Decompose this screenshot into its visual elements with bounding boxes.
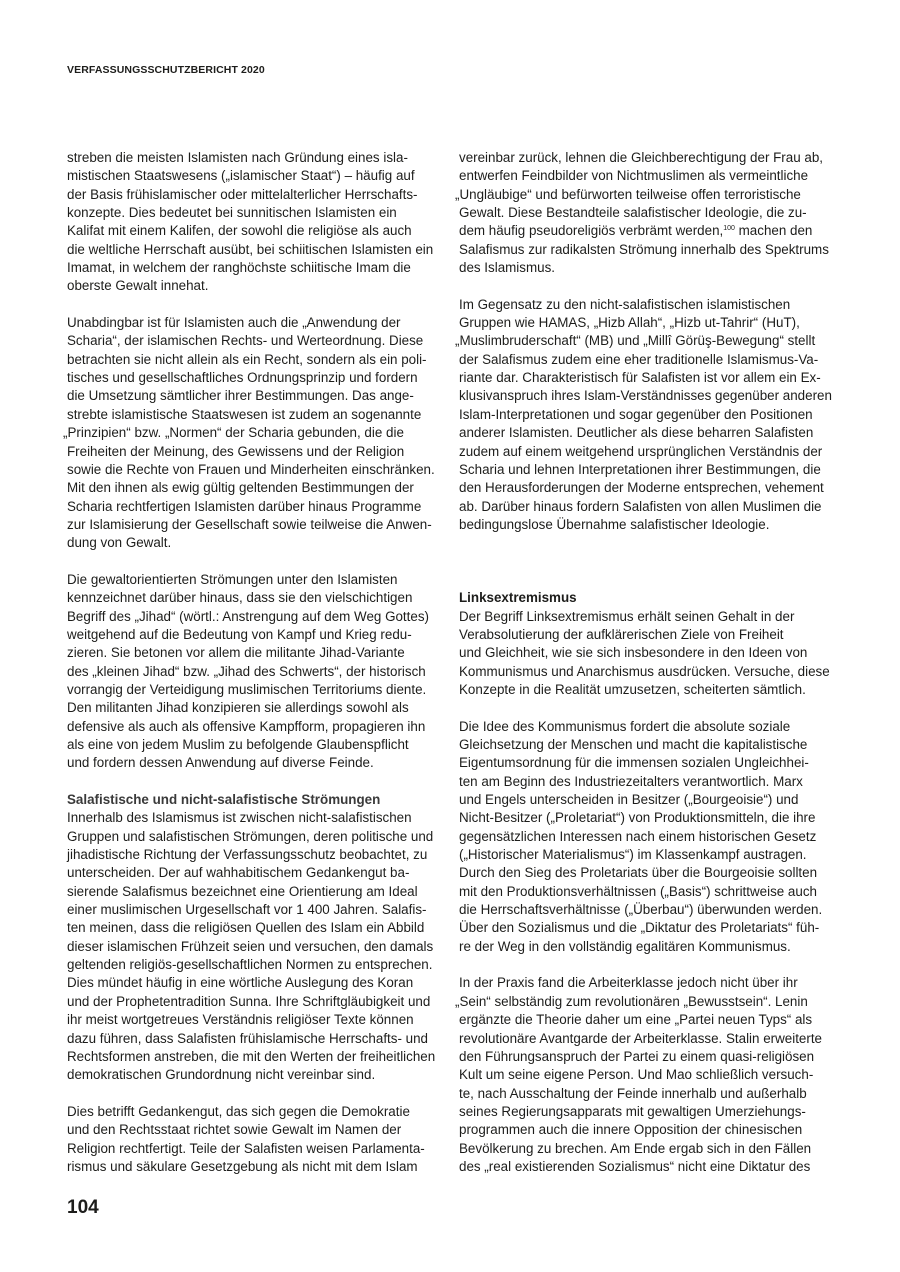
text-line: Im Gegensatz zu den nicht-salafistischen…	[459, 296, 839, 314]
text-line: Unabdingbar ist für Islamisten auch die …	[67, 314, 447, 332]
text-line: des „kleinen Jihad“ bzw. „Jihad des Schw…	[67, 663, 447, 681]
text-line: „Sein“ selbständig zum revolutionären „B…	[455, 993, 839, 1011]
text-line: zudem auf einem weitgehend ursprüngliche…	[459, 443, 839, 461]
text-line: tisches und gesellschaftliches Ordnungsp…	[67, 369, 447, 387]
text-line: die weltliche Herrschaft ausübt, bei sch…	[67, 241, 447, 259]
text-line: Durch den Sieg des Proletariats über die…	[459, 864, 839, 882]
text-line: Gruppen und salafistischen Strömungen, d…	[67, 828, 447, 846]
text-line: Kalifat mit einem Kalifen, der sowohl di…	[67, 222, 447, 240]
text-line: „Muslimbruderschaft“ (MB) und „Millî Gör…	[455, 332, 839, 350]
text-line: Innerhalb des Islamismus ist zwischen ni…	[67, 809, 447, 827]
text-line: ten am Beginn des Industriezeitalters ve…	[459, 773, 839, 791]
text-line: Den militanten Jihad konzipieren sie all…	[67, 699, 447, 717]
text-line: den Führungsanspruch der Partei zu einem…	[459, 1048, 839, 1066]
text-line: entwerfen Feindbilder von Nichtmuslimen …	[459, 167, 839, 185]
paragraph-salafism: Innerhalb des Islamismus ist zwischen ni…	[67, 809, 447, 1084]
text-line: seines Regierungsapparats mit gewaltigen…	[459, 1103, 839, 1121]
text-line: sowie die Rechte von Frauen und Minderhe…	[67, 461, 447, 479]
text-line: Salafismus zur radikalsten Strömung inne…	[459, 241, 839, 259]
text-line: geltenden religiös-gesellschaftlichen No…	[67, 956, 447, 974]
text-line: ihr meist wortgetreues Verständnis relig…	[67, 1011, 447, 1029]
paragraph-left-extremism-definition: Der Begriff Linksextremismus erhält sein…	[459, 608, 839, 700]
text-line: streben die meisten Islamisten nach Grün…	[67, 149, 447, 167]
text-line: und fordern dessen Anwendung auf diverse…	[67, 754, 447, 772]
running-header-title: VERFASSUNGSSCHUTZBERICHT 2020	[67, 64, 265, 76]
text-line: und Engels unterscheiden in Besitzer („B…	[459, 791, 839, 809]
text-line: zieren. Sie betonen vor allem die milita…	[67, 644, 447, 662]
text-line: Gewalt. Diese Bestandteile salafistische…	[459, 204, 839, 222]
text-line: anderer Islamisten. Deutlicher als diese…	[459, 424, 839, 442]
text-line: und Gleichheit, wie sie sich insbesonder…	[459, 644, 839, 662]
text-line: riante dar. Charakteristisch für Salafis…	[459, 369, 839, 387]
text-line: der Basis frühislamischer oder mittelalt…	[67, 186, 447, 204]
text-line: Dies mündet häufig in eine wörtliche Aus…	[67, 974, 447, 992]
paragraph-democracy: Dies betrifft Gedankengut, das sich gege…	[67, 1103, 447, 1176]
text-line: programmen auch die innere Opposition de…	[459, 1121, 839, 1139]
text-line: Bevölkerung zu brechen. Am Ende ergab si…	[459, 1140, 839, 1158]
text-line: In der Praxis fand die Arbeiterklasse je…	[459, 974, 839, 992]
page-number: 104	[67, 1197, 99, 1219]
text-line: des Islamismus.	[459, 259, 839, 277]
text-line: die Umsetzung sämtlicher ihrer Bestimmun…	[67, 387, 447, 405]
text-line: klusivanspruch ihres Islam-Verständnisse…	[459, 387, 839, 405]
text-line: Verabsolutierung der aufklärerischen Zie…	[459, 626, 839, 644]
text-line: dieser islamischen Frühzeit seien und ve…	[67, 938, 447, 956]
text-line: Mit den ihnen als ewig gültig geltenden …	[67, 479, 447, 497]
paragraph-caliphate: streben die meisten Islamisten nach Grün…	[67, 149, 447, 296]
text-line: Scharia und lehnen Interpretationen ihre…	[459, 461, 839, 479]
paragraph-jihad: Die gewaltorientierten Strömungen unter …	[67, 571, 447, 773]
text-line: Kommunismus und Anarchismus ausdrücken. …	[459, 663, 839, 681]
text-line: Gruppen wie HAMAS, „Hizb Allah“, „Hizb u…	[459, 314, 839, 332]
text-line: ten meinen, dass die religiösen Quellen …	[67, 919, 447, 937]
text-line: vereinbar zurück, lehnen die Gleichberec…	[459, 149, 839, 167]
text-line: dung von Gewalt.	[67, 534, 447, 552]
text-line: Scharia rechtfertigen Islamisten darüber…	[67, 498, 447, 516]
text-line: defensive als auch als offensive Kampffo…	[67, 718, 447, 736]
text-line: einer muslimischen Urgesellschaft vor 1 …	[67, 901, 447, 919]
text-line: betrachten sie nicht allein als ein Rech…	[67, 351, 447, 369]
text-line: te, nach Ausschaltung der Feinde innerha…	[459, 1085, 839, 1103]
text-line: Über den Sozialismus und die „Diktatur d…	[459, 919, 839, 937]
text-line: rismus und säkulare Gesetzgebung als nic…	[67, 1158, 447, 1176]
text-line: mistischen Staatswesens („islamischer St…	[67, 167, 447, 185]
text-line: Konzepte in die Realität umzusetzen, sch…	[459, 681, 839, 699]
text-line: demokratischen Grundordnung nicht verein…	[67, 1066, 447, 1084]
text-line: ergänzte die Theorie daher um eine „Part…	[459, 1011, 839, 1029]
text-line: Eigentumsordnung für die immensen sozial…	[459, 754, 839, 772]
section-heading-salafism: Salafistische und nicht-salafistische St…	[67, 791, 447, 809]
text-line: Freiheiten der Meinung, des Gewissens un…	[67, 443, 447, 461]
text-line: der Salafismus zudem eine eher tradition…	[459, 351, 839, 369]
text-line: dazu führen, dass Salafisten frühislamis…	[67, 1030, 447, 1048]
text-line: konzepte. Dies bedeutet bei sunnitischen…	[67, 204, 447, 222]
text-line: jihadistische Richtung der Verfassungssc…	[67, 846, 447, 864]
text-line: als eine von jedem Muslim zu befolgende …	[67, 736, 447, 754]
text-line: sierende Salafismus bezeichnet eine Orie…	[67, 883, 447, 901]
text-line: Imamat, in welchem der ranghöchste schii…	[67, 259, 447, 277]
text-line: den Herausforderungen der Moderne entspr…	[459, 479, 839, 497]
text-line: Begriff des „Jihad“ (wörtl.: Anstrengung…	[67, 608, 447, 626]
text-line: Dies betrifft Gedankengut, das sich gege…	[67, 1103, 447, 1121]
text-line: Gleichsetzung der Menschen und macht die…	[459, 736, 839, 754]
text-line: „Prinzipien“ bzw. „Normen“ der Scharia g…	[63, 424, 447, 442]
text-line: weitgehend auf die Bedeutung von Kampf u…	[67, 626, 447, 644]
text-line: gegensätzlichen Interessen nach einem hi…	[459, 828, 839, 846]
text-line: Religion rechtfertigt. Teile der Salafis…	[67, 1140, 447, 1158]
text-line: bedingungslose Übernahme salafistischer …	[459, 516, 839, 534]
text-line: Scharia“, der islamischen Rechts- und We…	[67, 332, 447, 350]
text-line: oberste Gewalt innehat.	[67, 277, 447, 295]
text-line: des „real existierenden Sozialismus“ nic…	[459, 1158, 839, 1176]
paragraph-non-salafist-groups: Im Gegensatz zu den nicht-salafistischen…	[459, 296, 839, 534]
right-column: vereinbar zurück, lehnen die Gleichberec…	[459, 149, 839, 1176]
section-heading-left-extremism: Linksextremismus	[459, 589, 839, 607]
text-line: Islam-Interpretationen und sogar gegenüb…	[459, 406, 839, 424]
text-line: „Ungläubige“ und befürworten teilweise o…	[455, 186, 839, 204]
text-line: und der Prophetentradition Sunna. Ihre S…	[67, 993, 447, 1011]
text-line: unterscheiden. Der auf wahhabitischem Ge…	[67, 864, 447, 882]
paragraph-practice: In der Praxis fand die Arbeiterklasse je…	[459, 974, 839, 1176]
paragraph-sharia: Unabdingbar ist für Islamisten auch die …	[67, 314, 447, 552]
text-line: Kult um seine eigene Person. Und Mao sch…	[459, 1066, 839, 1084]
text-line: kennzeichnet darüber hinaus, dass sie de…	[67, 589, 447, 607]
text-line: mit den Produktionsverhältnissen („Basis…	[459, 883, 839, 901]
text-line: die Herrschaftsverhältnisse („Überbau“) …	[459, 901, 839, 919]
text-line: und den Rechtsstaat richtet sowie Gewalt…	[67, 1121, 447, 1139]
text-line: Nicht-Besitzer („Proletariat“) von Produ…	[459, 809, 839, 827]
text-line: re der Weg in den vollständig egalitären…	[459, 938, 839, 956]
left-column: streben die meisten Islamisten nach Grün…	[67, 149, 447, 1176]
text-line: („Historischer Materialismus“) im Klasse…	[459, 846, 839, 864]
footnote-reference[interactable]: 100	[723, 225, 735, 232]
text-line: ab. Darüber hinaus fordern Salafisten vo…	[459, 498, 839, 516]
text-line: Der Begriff Linksextremismus erhält sein…	[459, 608, 839, 626]
text-line: Die Idee des Kommunismus fordert die abs…	[459, 718, 839, 736]
text-line: strebte islamistische Staatswesen ist zu…	[67, 406, 447, 424]
text-line: revolutionäre Avantgarde der Arbeiterkla…	[459, 1030, 839, 1048]
paragraph-salafist-ideology: vereinbar zurück, lehnen die Gleichberec…	[459, 149, 839, 277]
text-line: zur Islamisierung der Gesellschaft sowie…	[67, 516, 447, 534]
text-line: Rechtsformen anstreben, die mit den Wert…	[67, 1048, 447, 1066]
paragraph-communism: Die Idee des Kommunismus fordert die abs…	[459, 718, 839, 956]
text-line: Die gewaltorientierten Strömungen unter …	[67, 571, 447, 589]
text-line: vorrangig der Verteidigung muslimischen …	[67, 681, 447, 699]
